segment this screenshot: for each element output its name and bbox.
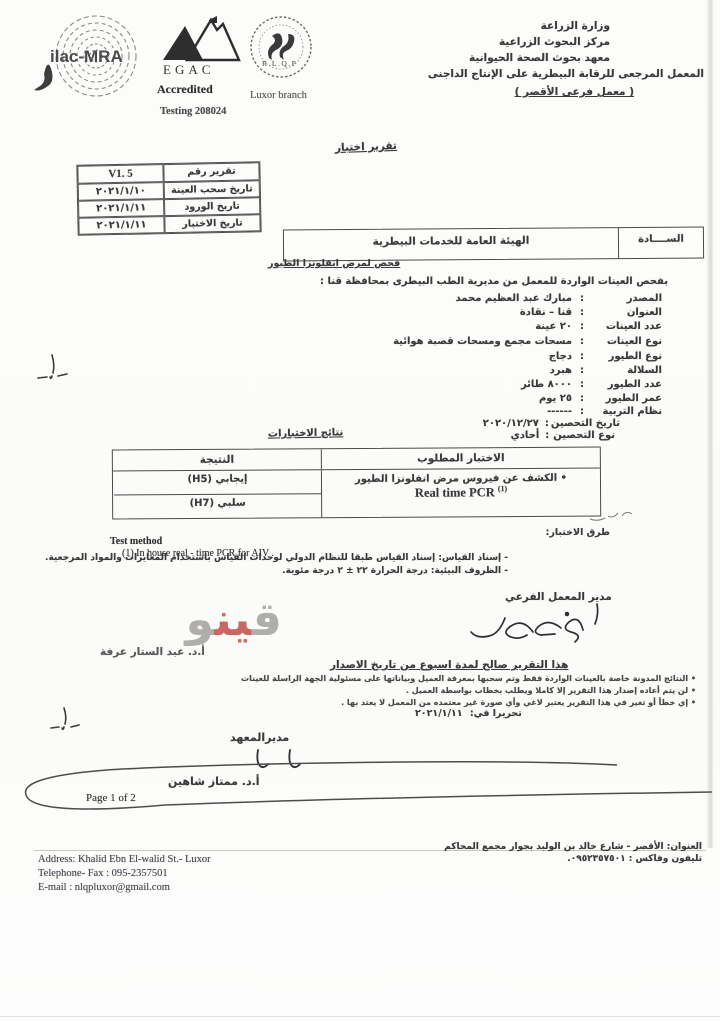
colon: : [580, 307, 584, 318]
field-label: السلالة [590, 365, 662, 376]
field-row-vaccination-type: نوع التحصين:أحادي [511, 430, 615, 441]
methods-title-en: Test method [110, 536, 162, 547]
issued-on-line: تحريرا في: ٢٠٢١/١/١١ [415, 708, 522, 719]
footer-arabic-block: العنوان: الأقصر - شارع خالد بن الوليد بج… [444, 841, 702, 865]
col-header-test: الاختبار المطلوب [321, 448, 600, 470]
addressee-label: الســــادة [618, 228, 703, 259]
methods-bullet-traceability: - إسناد القياس: إسناد القياس طبقا للنظام… [45, 553, 508, 563]
branch-director-signature [415, 596, 605, 654]
egac-accredited-label: Accredited [157, 82, 245, 97]
addressee-value: الهيئة العامة للخدمات البيطرية [284, 228, 618, 260]
colon: : [580, 351, 584, 362]
field-value: هبرد [550, 365, 572, 376]
ilac-figure-icon [34, 64, 53, 90]
field-value: قنا – نقادة [520, 307, 572, 318]
field-label: نوع الطيور [590, 351, 662, 362]
handwritten-note [588, 508, 634, 526]
egac-testing-number: Testing 208024 [160, 106, 226, 117]
institute-director-title: مديرالمعهد [230, 731, 289, 744]
field-label: نوع التحصين [553, 430, 615, 441]
letterhead-line-branch: ( معمل فرعى الأقصر ) [515, 86, 634, 98]
field-label: عدد العينات [590, 321, 662, 332]
field-label: تاريخ التحصين [551, 418, 620, 429]
rlqp-seal-icon: R.L.Q.P [248, 14, 314, 80]
test-name-line: • الكشف عن فيروس مرض انفلونزا الطيور [322, 473, 600, 486]
field-label: عمر الطيور [590, 393, 662, 404]
issued-date: ٢٠٢١/١/١١ [415, 708, 463, 719]
pcr-text: Real time PCR [415, 485, 495, 499]
validity-note-2: • لن يتم أعاده إصدار هذا التقرير إلا كام… [226, 685, 696, 697]
field-value: ------ [547, 406, 572, 417]
field-label: العنوان [590, 307, 662, 318]
field-value: مسحات مجمع ومسحات قصبة هوائية [393, 336, 572, 347]
field-row-vaccination-date: تاريخ التحصين:٢٠٢٠/١٢/٢٧ [483, 418, 620, 429]
colon: : [580, 393, 584, 404]
exam-title: فحص لمرض انفلونزا الطيور [268, 258, 400, 269]
report-title: تقرير اختبار [335, 140, 397, 154]
field-label: نوع العينات [590, 336, 662, 347]
footer-ar-address: العنوان: الأقصر - شارع خالد بن الوليد بج… [444, 841, 702, 853]
colon: : [545, 418, 549, 429]
field-row-bird-count: عدد الطيور:٨٠٠٠ طائر [521, 379, 662, 390]
luxor-branch-label: Luxor branch [250, 90, 307, 101]
methods-title-ar: طرق الاختبار: [546, 527, 610, 538]
footer-english-block: Address: Khalid Ebn El-walid St.- Luxor … [38, 853, 211, 895]
field-value: أحادي [511, 430, 540, 441]
field-row-rearing-system: نظام التربية:------ [547, 406, 662, 417]
watermark-letter-waw: و [185, 592, 214, 646]
issued-label: تحريرا في: [470, 708, 522, 719]
scan-right-edge-shadow [706, 0, 714, 848]
results-table-header: الاختبار المطلوب النتيجة [113, 448, 600, 472]
letterhead-line-center: مركز البحوث الزراعية [469, 34, 610, 50]
field-row-bird-type: نوع الطيور:دجاج [549, 351, 662, 362]
watermark-word: قينو [92, 596, 282, 642]
colon: : [580, 365, 584, 376]
pcr-footnote-ref: (1) [498, 484, 507, 493]
field-label: نظام التربية [590, 406, 662, 417]
professor-name: أ.د. عبد الستار عرفة [100, 646, 205, 658]
col-header-result: النتيجة [113, 449, 321, 470]
watermark-letters-red: ين [214, 592, 252, 646]
egac-mountains-icon: EGAC [157, 14, 245, 80]
footer-en-address: Address: Khalid Ebn El-walid St.- Luxor [38, 853, 211, 867]
intro-line: بفحص العينات الواردة للمعمل من مديرية ال… [320, 276, 668, 287]
addressee-row: الســــادة الهيئة العامة للخدمات البيطري… [283, 227, 704, 262]
letterhead-block: وزارة الزراعة مركز البحوث الزراعية معهد … [469, 18, 610, 66]
field-value: دجاج [549, 351, 572, 362]
footer-en-phone: Telephone- Fax : 095-2357501 [38, 867, 211, 881]
report-number-value: V1. 5 [77, 164, 163, 184]
field-value: مبارك عبد العظيم محمد [456, 293, 572, 304]
validity-note-1: • النتائج المدونة خاصة بالعينات الواردة … [226, 673, 696, 685]
results-section-title: نتائج الاختبارات [268, 427, 343, 439]
colon: : [580, 293, 584, 304]
validity-heading: هذا التقرير صالح لمدة اسبوع من تاريخ الا… [330, 659, 568, 671]
egac-logo: EGAC Accredited [157, 14, 245, 104]
colon: : [580, 321, 584, 332]
field-value: ٨٠٠٠ طائر [521, 379, 572, 390]
results-table: الاختبار المطلوب النتيجة • الكشف عن فيرو… [112, 447, 601, 520]
letterhead-line-institute: معهد بحوث الصحة الحيوانية [469, 50, 610, 66]
rlqp-seal-logo: R.L.Q.P [248, 14, 314, 80]
scan-bottom-edge-line [0, 1016, 720, 1017]
arrival-date-value: ٢٠٢١/١/١١ [96, 202, 146, 214]
methods-bullet-environment: - الظروف البيئية: درجة الحرارة ٢٢ ± ٢ در… [282, 566, 508, 576]
footer-en-email: E-mail : nlqpluxor@gmail.com [38, 881, 211, 895]
field-row-sample-type: نوع العينات:مسحات مجمع ومسحات قصبة هوائي… [393, 336, 662, 347]
letterhead-line-lab: المعمل المرجعى للرقابة البيطرية على الإن… [428, 68, 704, 80]
seal-letters-svg-text: R.L.Q.P [262, 59, 297, 68]
arrival-date-label: تاريخ الورود [164, 197, 260, 216]
result-column: إيجابي (H5) سلبي (H7) [114, 470, 321, 518]
colon: : [580, 379, 584, 390]
institute-director-name: أ.د. ممتاز شاهين [168, 775, 260, 788]
test-date-value: ٢٠٢١/١/١١ [96, 219, 146, 231]
field-row-source: المصدر:مبارك عبد العظيم محمد [456, 293, 662, 304]
field-row-breed: السلالة:هبرد [550, 365, 662, 376]
egac-name-svg-text: EGAC [163, 62, 214, 77]
field-value: ٢٥ يوم [539, 393, 572, 404]
test-method-line: Real time PCR (1) [322, 484, 600, 502]
field-row-address: العنوان:قنا – نقادة [520, 307, 662, 318]
report-info-table: تقرير رقم V1. 5 تاريخ سحب العينة ٢٠٢١/١/… [76, 161, 261, 236]
sample-date-value: ٢٠٢١/١/١٠ [96, 185, 146, 197]
ilac-mra-logo: ilac-MRA [30, 12, 150, 104]
field-row-bird-age: عمر الطيور:٢٥ يوم [539, 393, 662, 404]
margin-mark-top [34, 352, 70, 386]
field-label: عدد الطيور [590, 379, 662, 390]
test-cell: • الكشف عن فيروس مرض انفلونزا الطيور Rea… [321, 469, 600, 518]
test-date-label: تاريخ الاختبار [164, 214, 260, 233]
ilac-mra-fingerprint-icon: ilac-MRA [30, 12, 150, 104]
footer-ar-phone: تليفون وفاكس : ٠٩٥٢٣٥٧٥٠١. [444, 853, 702, 865]
result-row-h5: إيجابي (H5) [114, 470, 321, 495]
institute-director-signature [238, 746, 318, 772]
sample-date-label: تاريخ سحب العينة [164, 180, 260, 199]
field-value: ٢٠ عينة [535, 321, 572, 332]
colon: : [545, 430, 549, 441]
watermark-letter-qaf: ق [252, 592, 282, 646]
colon: : [580, 336, 584, 347]
field-label: المصدر [590, 293, 662, 304]
page-number: Page 1 of 2 [86, 792, 136, 804]
margin-mark-bottom [48, 706, 84, 736]
svg-text:ilac-MRA: ilac-MRA [50, 47, 123, 66]
field-value: ٢٠٢٠/١٢/٢٧ [483, 418, 539, 429]
colon: : [580, 406, 584, 417]
field-row-sample-count: عدد العينات:٢٠ عينة [535, 321, 662, 332]
scanned-report-page: ilac-MRA EGAC Accredited Testing 208024 … [0, 0, 720, 1022]
scan-swoosh-line [15, 750, 715, 822]
report-number-label: تقرير رقم [163, 162, 259, 182]
result-row-h7: سلبي (H7) [114, 494, 321, 519]
letterhead-line-ministry: وزارة الزراعة [469, 18, 610, 34]
